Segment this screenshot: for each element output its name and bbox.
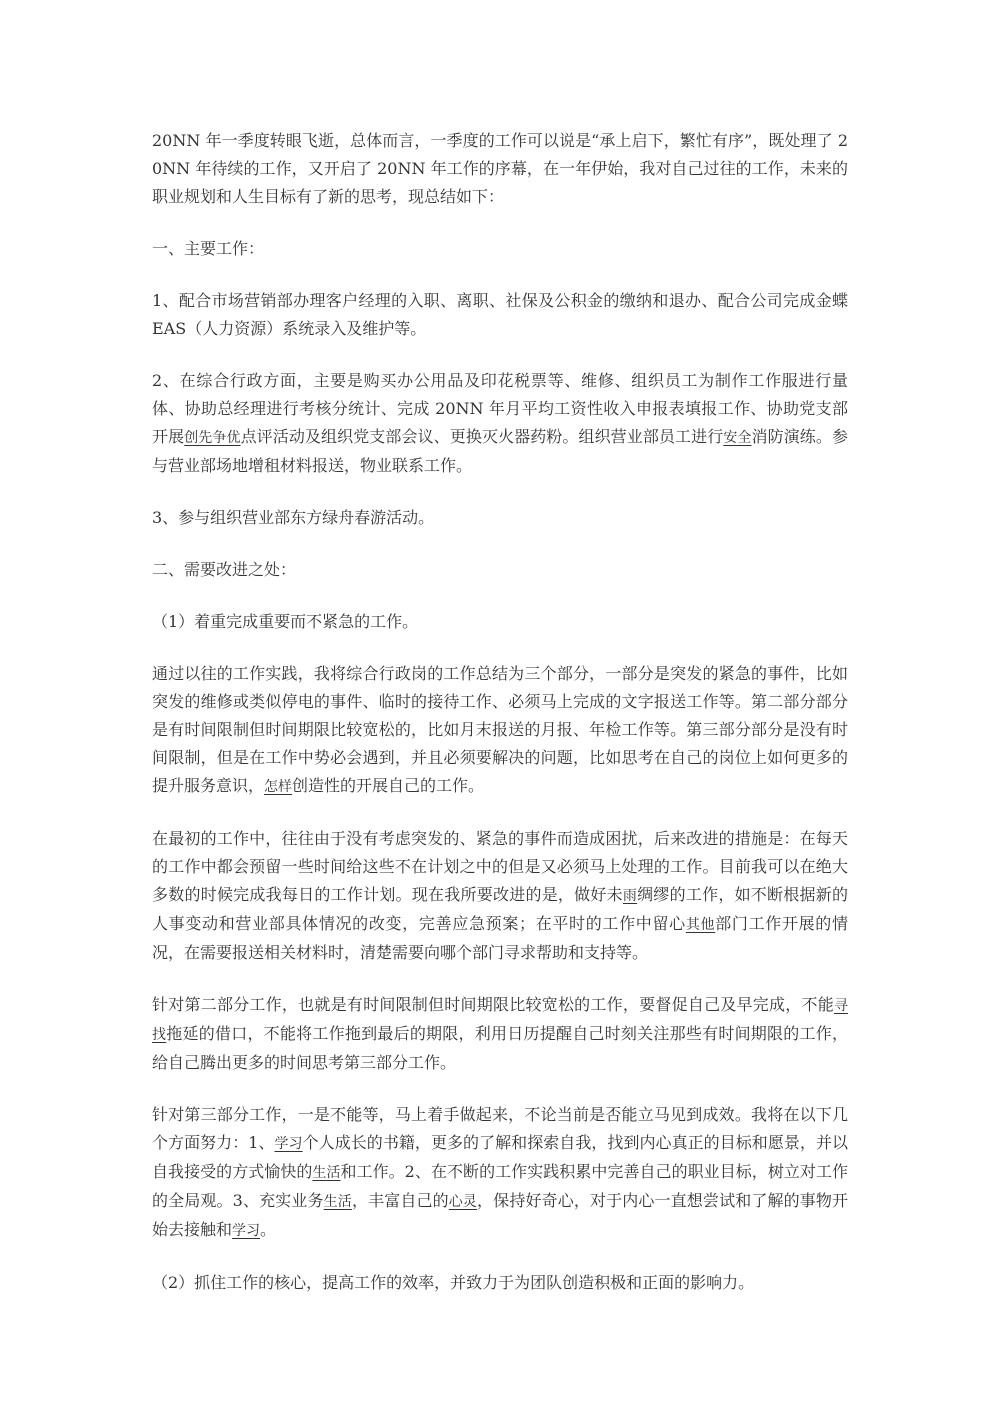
underlined-text-run: 生活 bbox=[312, 1165, 340, 1181]
text-run: 3、参与组织营业部东方绿舟春游活动。 bbox=[152, 508, 434, 527]
text-run: （2）抓住工作的核心，提高工作的效率，并致力于为团队创造积极和正面的影响力。 bbox=[152, 1273, 754, 1292]
underlined-text-run: 创先争优 bbox=[184, 430, 240, 446]
document-page: 20NN 年一季度转眼飞逝，总体而言，一季度的工作可以说是“承上启下，繁忙有序”… bbox=[0, 0, 1000, 1415]
text-run: 一、主要工作： bbox=[152, 239, 264, 258]
underlined-text-run: 生活 bbox=[324, 1194, 352, 1210]
text-run: 针对第二部分工作，也就是有时间限制但时间期限比较宽松的工作，要督促自己及早完成，… bbox=[152, 995, 834, 1014]
text-run: 1、配合市场营销部办理客户经理的入职、离职、社保及公积金的缴纳和退办、配合公司完… bbox=[152, 291, 848, 338]
item-3: 3、参与组织营业部东方绿舟春游活动。 bbox=[152, 504, 848, 532]
underlined-text-run: 怎样 bbox=[264, 779, 292, 795]
text-run: 二、需要改进之处： bbox=[152, 560, 296, 579]
text-run: 点评活动及组织党支部会议、更换灭火器药粉。组织营业部员工进行 bbox=[241, 427, 724, 446]
document-body: 20NN 年一季度转眼飞逝，总体而言，一季度的工作可以说是“承上启下，繁忙有序”… bbox=[152, 127, 848, 1321]
text-run: 。 bbox=[260, 1220, 276, 1239]
text-run: 通过以往的工作实践，我将综合行政岗的工作总结为三个部分，一部分是突发的紧急的事件… bbox=[152, 664, 848, 795]
underlined-text-run: 雨 bbox=[623, 888, 637, 904]
heading-main-work: 一、主要工作： bbox=[152, 235, 848, 263]
text-run: ，丰富自己的 bbox=[352, 1191, 449, 1210]
text-run: 20NN 年一季度转眼飞逝，总体而言，一季度的工作可以说是“承上启下，繁忙有序”… bbox=[152, 131, 848, 206]
underlined-text-run: 学习 bbox=[275, 1136, 303, 1152]
para-initial-work: 在最初的工作中，往往由于没有考虑突发的、紧急的事件而造成困扰，后来改进的措施是：… bbox=[152, 825, 848, 967]
text-run: （1）着重完成重要而不紧急的工作。 bbox=[152, 612, 418, 631]
para-second-part: 针对第二部分工作，也就是有时间限制但时间期限比较宽松的工作，要督促自己及早完成，… bbox=[152, 991, 848, 1077]
underlined-text-run: 安全 bbox=[723, 430, 751, 446]
underlined-text-run: 心灵 bbox=[449, 1194, 477, 1210]
text-run: 拖延的借口，不能将工作拖到最后的期限，利用日历提醒自己时刻关注那些有时间期限的工… bbox=[152, 1024, 848, 1072]
point-2: （2）抓住工作的核心，提高工作的效率，并致力于为团队创造积极和正面的影响力。 bbox=[152, 1269, 848, 1297]
item-2: 2、在综合行政方面，主要是购买办公用品及印花税票等、维修、组织员工为制作工作服进… bbox=[152, 367, 848, 480]
para-intro: 20NN 年一季度转眼飞逝，总体而言，一季度的工作可以说是“承上启下，繁忙有序”… bbox=[152, 127, 848, 211]
para-three-parts: 通过以往的工作实践，我将综合行政岗的工作总结为三个部分，一部分是突发的紧急的事件… bbox=[152, 660, 848, 801]
underlined-text-run: 其他 bbox=[686, 917, 715, 933]
underlined-text-run: 学习 bbox=[232, 1223, 260, 1239]
para-third-part: 针对第三部分工作，一是不能等，马上着手做起来，不论当前是否能立马见到成效。我将在… bbox=[152, 1101, 848, 1245]
heading-improvements: 二、需要改进之处： bbox=[152, 556, 848, 584]
text-run: 创造性的开展自己的工作。 bbox=[292, 776, 484, 795]
point-1: （1）着重完成重要而不紧急的工作。 bbox=[152, 608, 848, 636]
item-1: 1、配合市场营销部办理客户经理的入职、离职、社保及公积金的缴纳和退办、配合公司完… bbox=[152, 287, 848, 343]
